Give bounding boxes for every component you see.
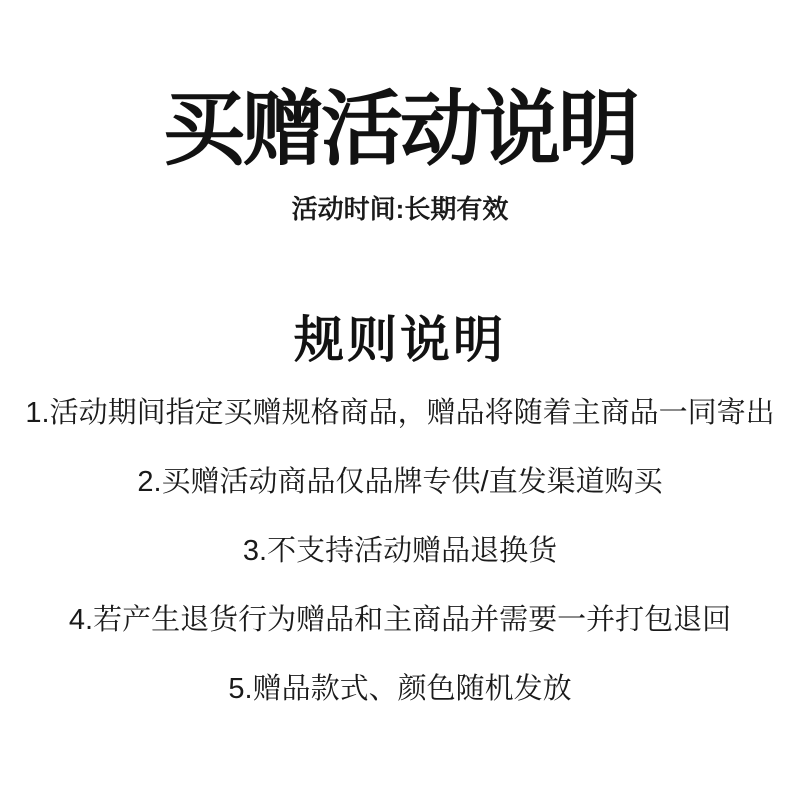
rules-heading: 规则说明: [0, 313, 800, 367]
rule-item-5: 5.赠品款式、颜色随机发放: [0, 671, 800, 707]
rule-item-4: 4.若产生退货行为赠品和主商品并需要一并打包退回: [0, 602, 800, 638]
rule-item-2: 2.买赠活动商品仅品牌专供/直发渠道购买: [0, 464, 800, 500]
promo-notice-page: 买赠活动说明 活动时间:长期有效 规则说明 1.活动期间指定买赠规格商品，赠品将…: [0, 0, 800, 800]
activity-time-text: 活动时间:长期有效: [0, 193, 800, 225]
rule-item-3: 3.不支持活动赠品退换货: [0, 533, 800, 569]
rules-list: 1.活动期间指定买赠规格商品，赠品将随着主商品一同寄出 2.买赠活动商品仅品牌专…: [0, 395, 800, 707]
page-title: 买赠活动说明: [0, 80, 800, 180]
rule-item-1: 1.活动期间指定买赠规格商品，赠品将随着主商品一同寄出: [0, 395, 800, 431]
